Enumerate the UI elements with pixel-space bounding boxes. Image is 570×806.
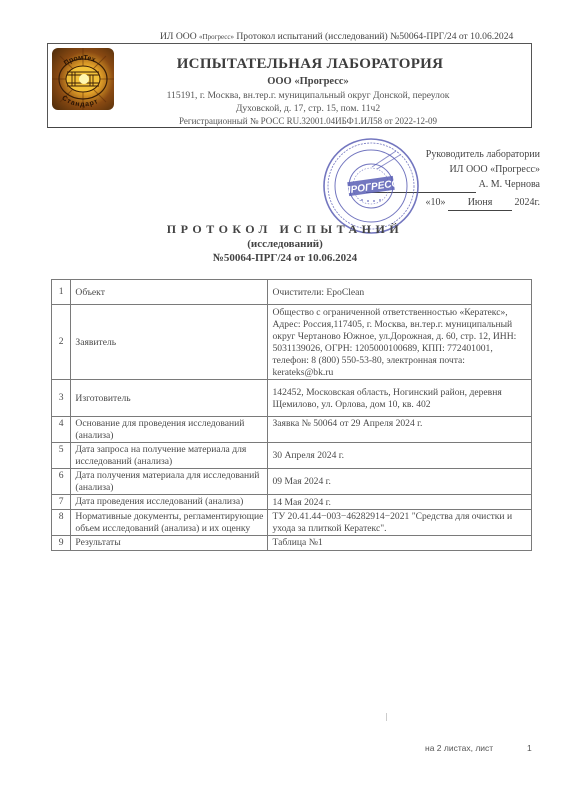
row-value: Таблица №1 bbox=[268, 536, 532, 551]
lab-title: ИСПЫТАТЕЛЬНАЯ ЛАБОРАТОРИЯ bbox=[0, 56, 570, 73]
row-number: 7 bbox=[52, 495, 71, 510]
row-number: 8 bbox=[52, 510, 71, 536]
protocol-title: ПРОТОКОЛ ИСПЫТАНИЙ bbox=[0, 222, 570, 237]
table-row: 3 Изготовитель 142452, Московская област… bbox=[52, 380, 532, 417]
row-label: Результаты bbox=[71, 536, 268, 551]
table-row: 7 Дата проведения исследований (анализа)… bbox=[52, 495, 532, 510]
row-label: Дата получения материала для исследовани… bbox=[71, 469, 268, 495]
row-label: Дата запроса на получение материала для … bbox=[71, 443, 268, 469]
lab-registration: Регистрационный № РОСС RU.32001.04ИБФ1.И… bbox=[0, 116, 570, 126]
row-label: Изготовитель bbox=[71, 380, 268, 417]
row-number: 3 bbox=[52, 380, 71, 417]
row-value: ТУ 20.41.44−003−46282914−2021 "Средства … bbox=[268, 510, 532, 536]
running-header-brand: «Прогресс» bbox=[199, 33, 234, 41]
protocol-subtitle: (исследований) bbox=[0, 238, 570, 250]
row-label: Дата проведения исследований (анализа) bbox=[71, 495, 268, 510]
row-number: 4 bbox=[52, 417, 71, 443]
running-header: ИЛ ООО «Прогресс» Протокол испытаний (ис… bbox=[160, 31, 513, 42]
approval-year: 2024г. bbox=[515, 197, 540, 208]
approval-signatory: А. М. Чернова bbox=[479, 179, 540, 190]
row-label: Объект bbox=[71, 280, 268, 305]
row-label: Заявитель bbox=[71, 305, 268, 380]
row-number: 2 bbox=[52, 305, 71, 380]
table-row: 8 Нормативные документы, регламентирующи… bbox=[52, 510, 532, 536]
official-stamp: ПРОГРЕСС bbox=[322, 137, 420, 235]
row-number: 9 bbox=[52, 536, 71, 551]
protocol-info-table: 1 Объект Очистители: EpoClean 2 Заявител… bbox=[51, 279, 532, 551]
row-number: 1 bbox=[52, 280, 71, 305]
table-row: 1 Объект Очистители: EpoClean bbox=[52, 280, 532, 305]
running-header-text: Протокол испытаний (исследований) №50064… bbox=[236, 31, 513, 42]
lab-org-name: ООО «Прогресс» bbox=[0, 76, 570, 87]
lab-address-line1: 115191, г. Москва, вн.тер.г. муниципальн… bbox=[0, 90, 570, 101]
row-number: 5 bbox=[52, 443, 71, 469]
row-value: 142452, Московская область, Ногинский ра… bbox=[268, 380, 532, 417]
table-row: 9 Результаты Таблица №1 bbox=[52, 536, 532, 551]
scan-artifact bbox=[386, 713, 387, 721]
row-number: 6 bbox=[52, 469, 71, 495]
running-header-org: ИЛ ООО bbox=[160, 31, 197, 42]
protocol-number: №50064-ПРГ/24 от 10.06.2024 bbox=[0, 252, 570, 264]
approval-day: «10» bbox=[426, 197, 446, 208]
row-value: 14 Мая 2024 г. bbox=[268, 495, 532, 510]
row-label: Нормативные документы, регламентирующие … bbox=[71, 510, 268, 536]
row-value: 09 Мая 2024 г. bbox=[268, 469, 532, 495]
table-row: 6 Дата получения материала для исследова… bbox=[52, 469, 532, 495]
table-row: 2 Заявитель Общество с ограниченной отве… bbox=[52, 305, 532, 380]
row-value: Заявка № 50064 от 29 Апреля 2024 г. bbox=[268, 417, 532, 443]
approval-month: Июня bbox=[448, 195, 512, 211]
table-row: 4 Основание для проведения исследований … bbox=[52, 417, 532, 443]
table-row: 5 Дата запроса на получение материала дл… bbox=[52, 443, 532, 469]
lab-address-line2: Духовской, д. 17, стр. 15, пом. 11ч2 bbox=[0, 103, 570, 114]
row-value: Очистители: EpoClean bbox=[268, 280, 532, 305]
page-footer-sheets: на 2 листах, лист bbox=[425, 743, 493, 753]
stamp-seal-icon: ПРОГРЕСС bbox=[322, 137, 420, 235]
page-number: 1 bbox=[527, 743, 532, 753]
row-value: 30 Апреля 2024 г. bbox=[268, 443, 532, 469]
row-label: Основание для проведения исследований (а… bbox=[71, 417, 268, 443]
row-value: Общество с ограниченной ответственностью… bbox=[268, 305, 532, 380]
